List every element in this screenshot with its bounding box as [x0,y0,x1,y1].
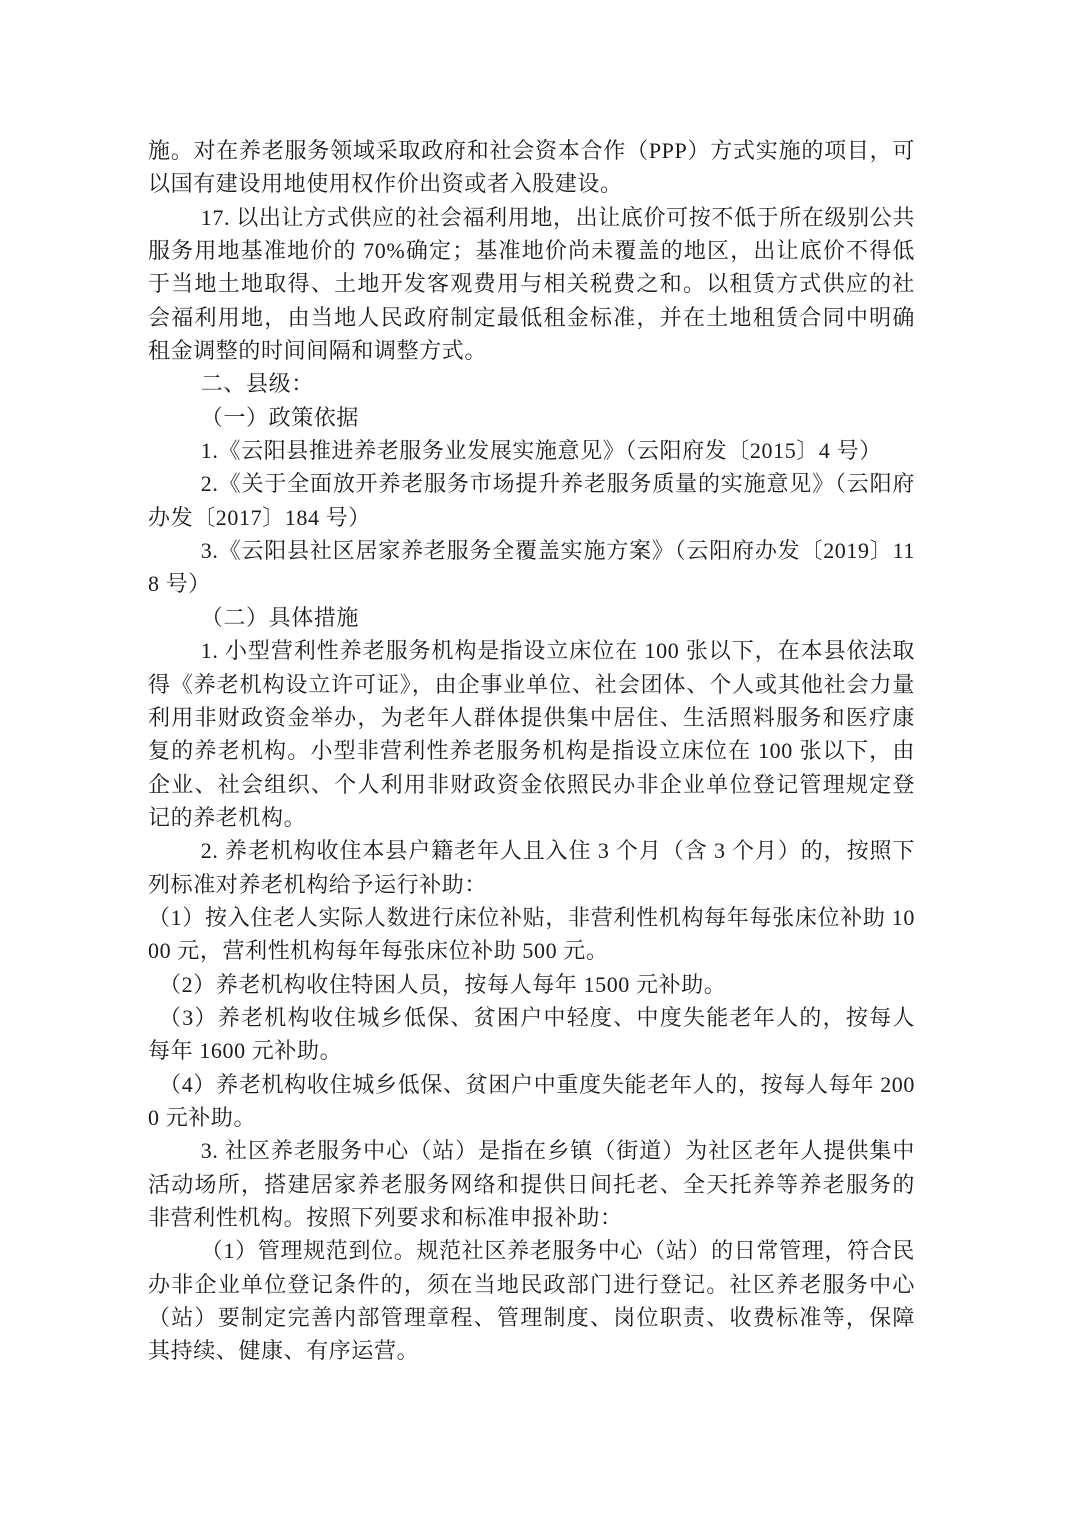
subsidy-item-4-severe-disability: （4）养老机构收住城乡低保、贫困户中重度失能老年人的，按每人每年 2000 元补… [148,1068,915,1135]
policy-item-1: 1.《云阳县推进养老服务业发展实施意见》（云阳府发〔2015〕4 号） [148,434,915,467]
subsidy-item-1-bed-subsidy: （1）按入住老人实际人数进行床位补贴，非营利性机构每年每张床位补助 1000 元… [148,901,915,968]
document-page: 施。对在养老服务领域采取政府和社会资本合作（PPP）方式实施的项目，可以国有建设… [0,0,1074,1520]
policy-item-3: 3.《云阳县社区居家养老服务全覆盖实施方案》（云阳府办发〔2019〕118 号） [148,534,915,601]
heading-specific-measures: （二）具体措施 [148,601,915,634]
measure-1-small-institutions: 1. 小型营利性养老服务机构是指设立床位在 100 张以下，在本县依法取得《养老… [148,634,915,834]
policy-item-2: 2.《关于全面放开养老服务市场提升养老服务质量的实施意见》（云阳府办发〔2017… [148,467,915,534]
subsidy-item-2-special-hardship: （2）养老机构收住特困人员，按每人每年 1500 元补助。 [148,968,915,1001]
requirement-1-standard-management: （1）管理规范到位。规范社区养老服务中心（站）的日常管理，符合民办非企业单位登记… [148,1234,915,1367]
heading-policy-basis: （一）政策依据 [148,401,915,434]
heading-section-2-county-level: 二、县级： [148,367,915,400]
paragraph-ppp-continuation: 施。对在养老服务领域采取政府和社会资本合作（PPP）方式实施的项目，可以国有建设… [148,134,915,201]
subsidy-item-3-mild-moderate-disability: （3）养老机构收住城乡低保、贫困户中轻度、中度失能老年人的，按每人每年 1600… [148,1001,915,1068]
paragraph-item-17-land-supply: 17. 以出让方式供应的社会福利用地，出让底价可按不低于所在级别公共服务用地基准… [148,201,915,368]
measure-2-operation-subsidy: 2. 养老机构收住本县户籍老年人且入住 3 个月（含 3 个月）的，按照下列标准… [148,834,915,901]
measure-3-community-centers: 3. 社区养老服务中心（站）是指在乡镇（街道）为社区老年人提供集中活动场所，搭建… [148,1134,915,1234]
